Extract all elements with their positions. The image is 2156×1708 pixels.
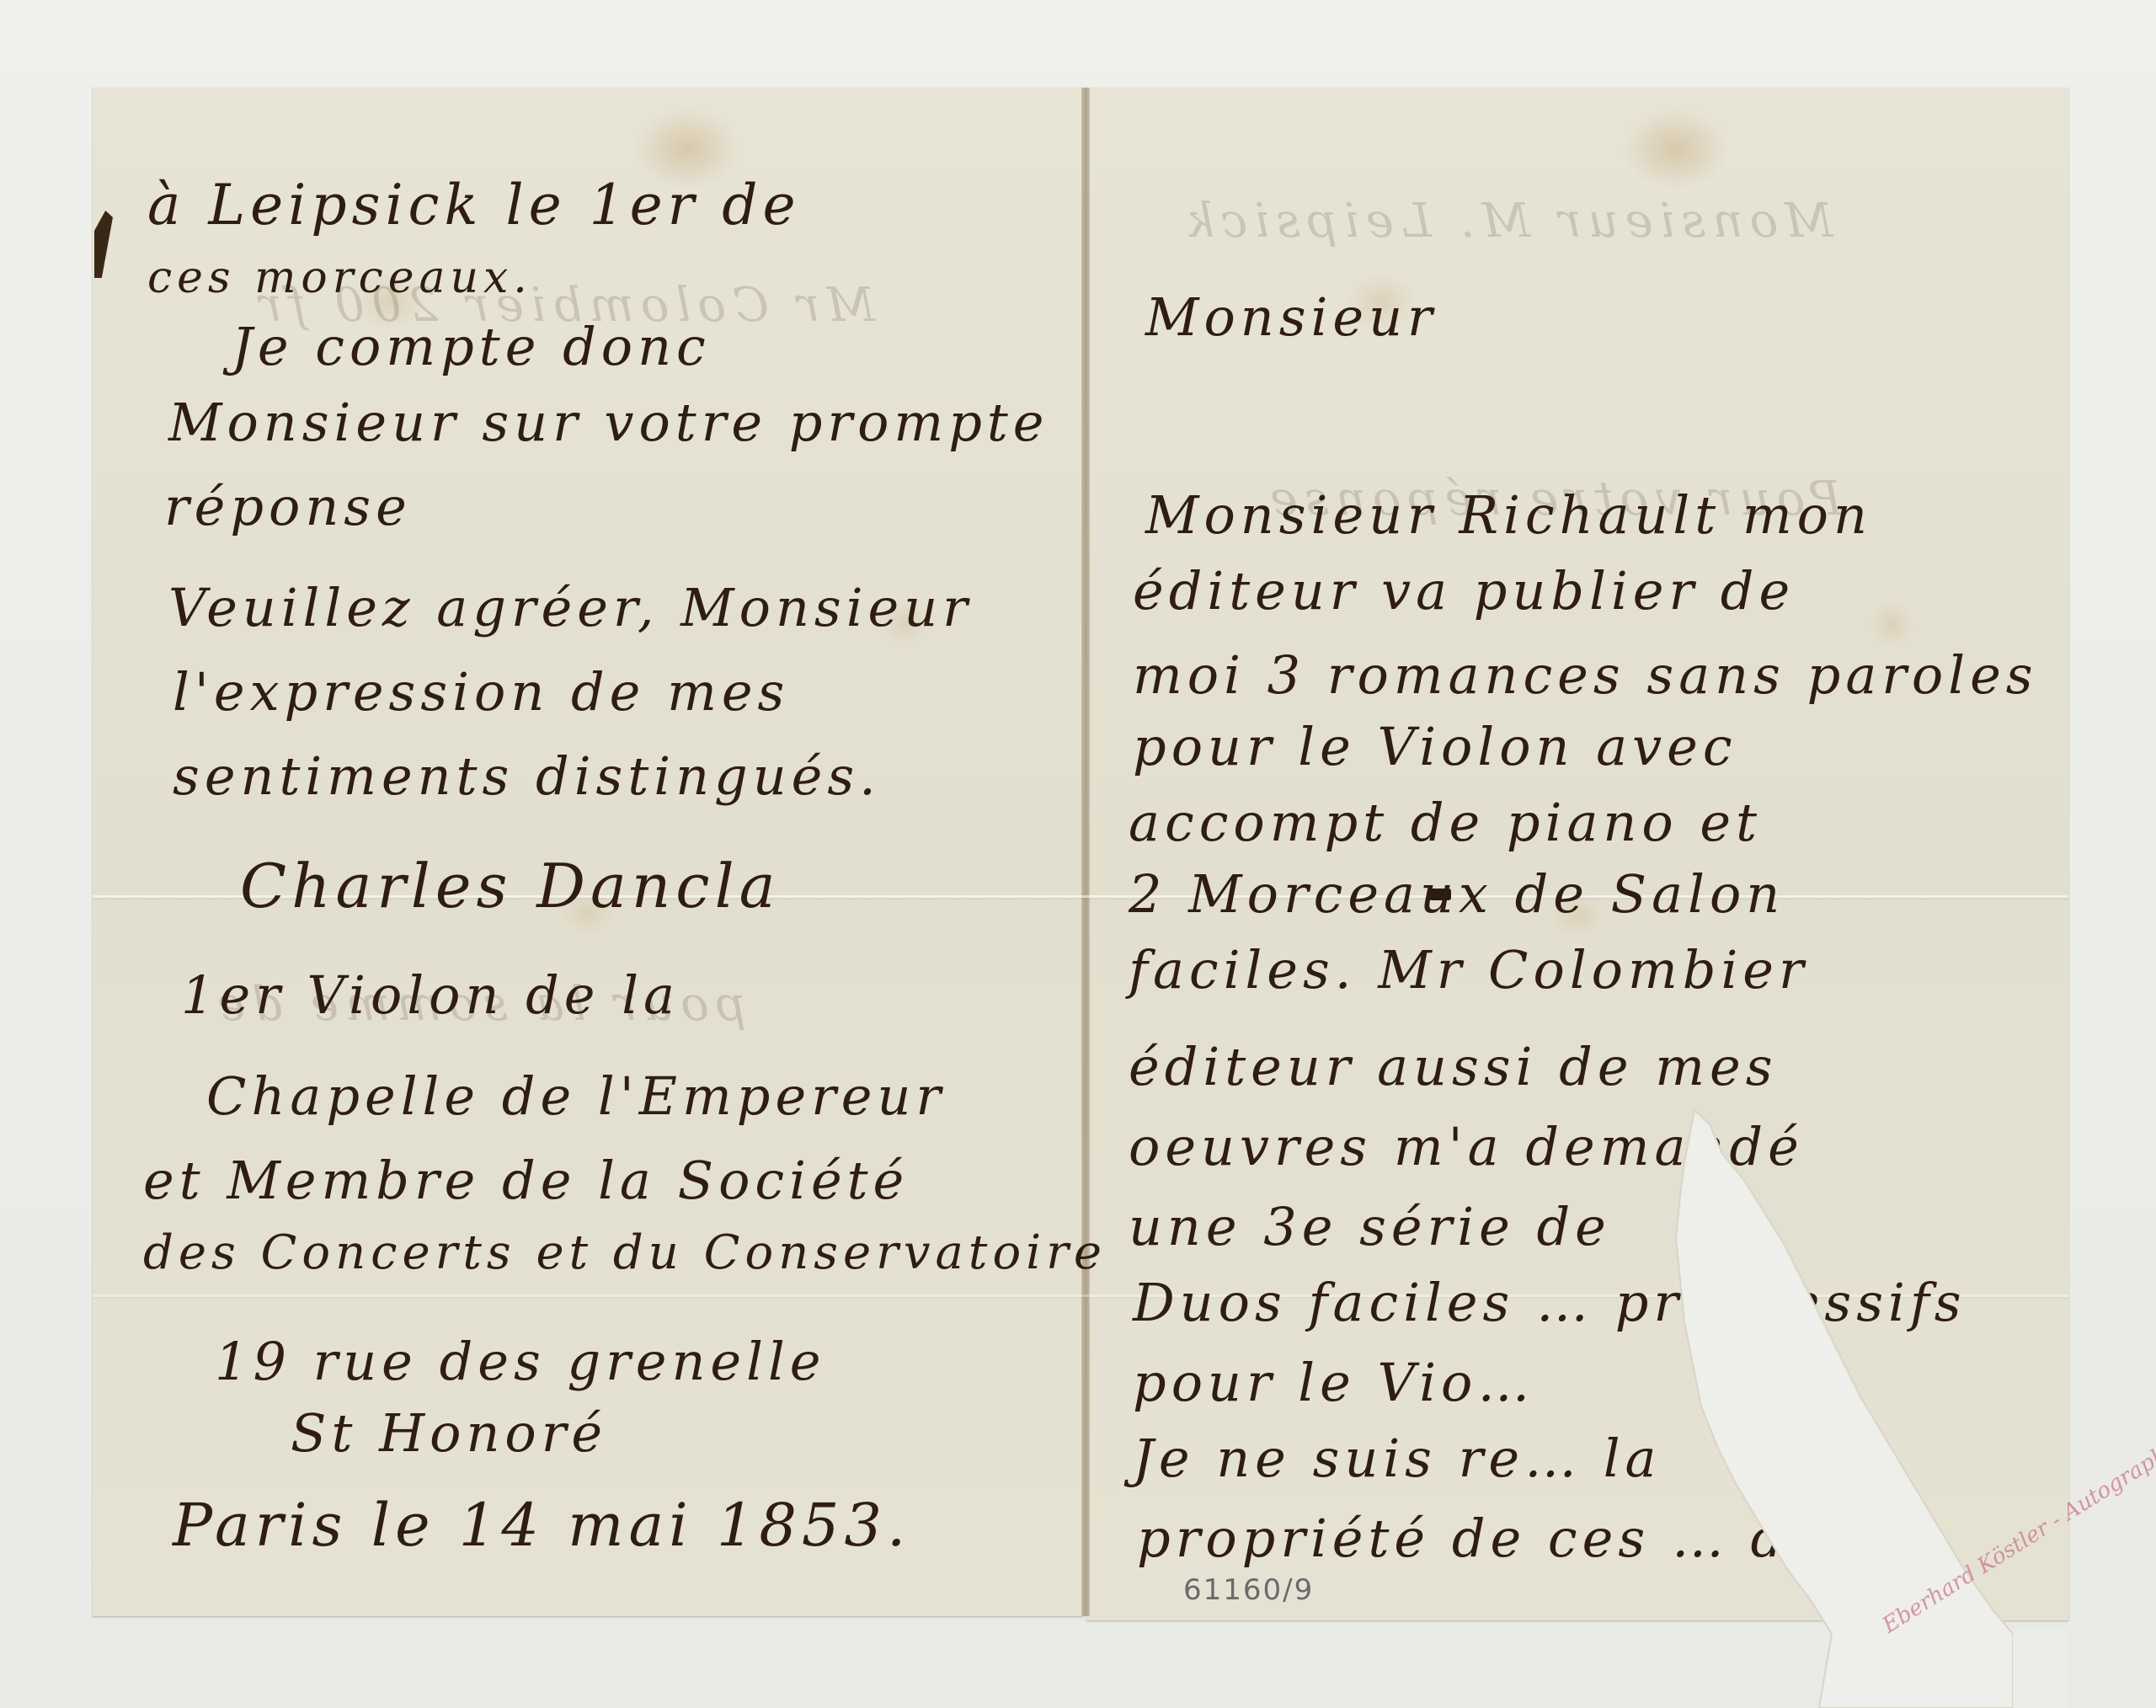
date-line: Paris le 14 mai 1853. (173, 1491, 910, 1560)
letter-line: ces morceaux. (147, 253, 532, 303)
bleed-through-text: Monsieur M. Leipsick (1179, 194, 1833, 248)
letter-line: sentiments distingués. (173, 745, 881, 807)
letter-line: accompt de piano et (1129, 792, 1762, 853)
letter-line: oeuvres m'a demandé (1129, 1116, 1804, 1177)
letter-line: Monsieur Richault mon (1145, 484, 1872, 546)
letter-line: à Leipsick le 1er de (147, 173, 801, 238)
letter-line: réponse (164, 476, 412, 537)
letter-line: Je compte donc (232, 316, 711, 377)
letter-line: et Membre de la Société (143, 1150, 909, 1211)
letter-line: propriété de ces … de (1137, 1508, 1825, 1569)
letter-line: Chapelle de l'Empereur (206, 1065, 946, 1127)
letter-line: faciles. Mr Colombier (1129, 939, 1809, 1001)
letter-line: pour le Violon avec (1133, 716, 1737, 777)
letter-line: une 3e série de (1129, 1196, 1611, 1257)
letter-line: pour le Vio… (1133, 1352, 1534, 1413)
letter-line: Veuillez agréer, Monsieur (168, 577, 973, 638)
letter-line: Monsieur sur votre prompte (168, 392, 1049, 453)
letter-line: St Honoré (291, 1402, 607, 1464)
letter-line: moi 3 romances sans paroles (1133, 644, 2038, 706)
letter-line: éditeur va publier de (1133, 560, 1795, 622)
letter-line: des Concerts et du Conservatoire (143, 1225, 1107, 1280)
letter-line: l'expression de mes (173, 661, 789, 723)
letter-line: 1er Violon de la (181, 964, 680, 1026)
letter-line: 2 Morceaux de Salon (1129, 863, 1785, 925)
signature: Charles Dancla (240, 851, 781, 921)
letter-line: éditeur aussi de mes (1129, 1036, 1778, 1097)
letter-line: Je ne suis re… la (1133, 1428, 1662, 1489)
center-fold (1081, 88, 1090, 1616)
letter-line: Duos faciles … progressifs (1133, 1272, 1967, 1333)
salutation: Monsieur (1145, 286, 1438, 348)
letter-line: 19 rue des grenelle (215, 1331, 825, 1392)
pencil-inventory-number: 61160/9 (1183, 1573, 1314, 1607)
